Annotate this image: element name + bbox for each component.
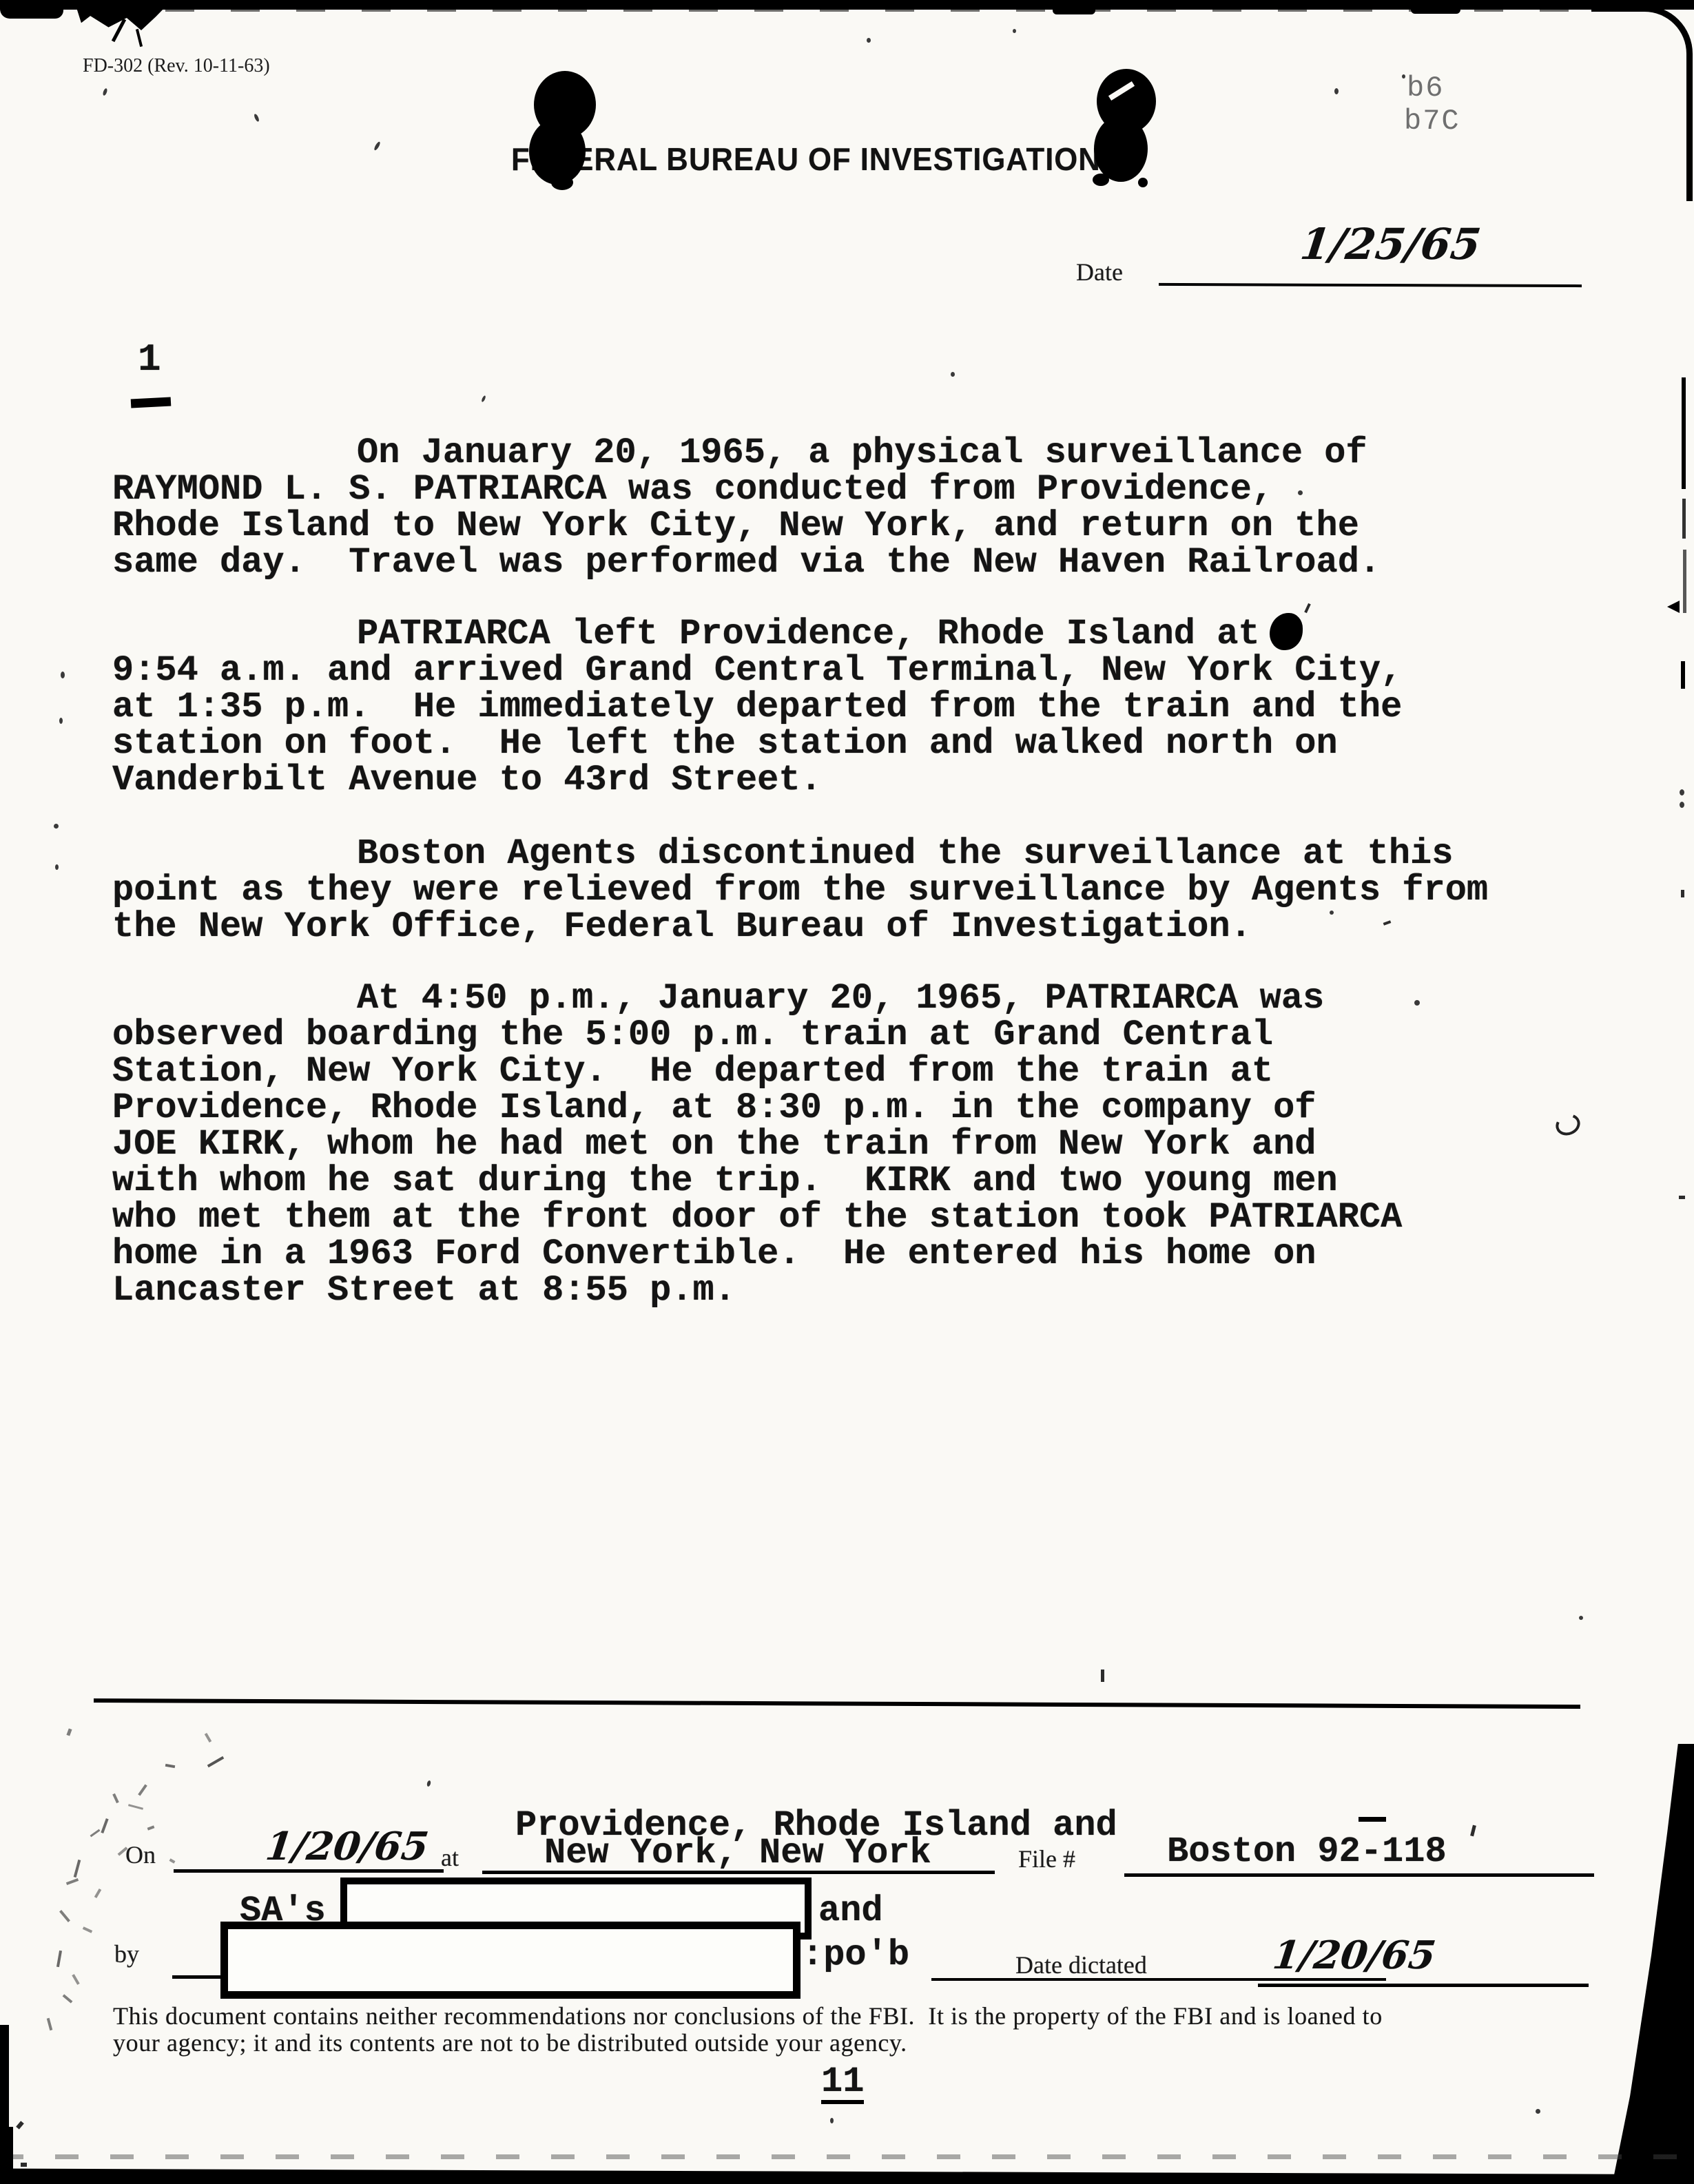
page-title: FEDERAL BUREAU OF INVESTIGATION [511,141,1101,178]
file-number-value: Boston 92-118 [1167,1833,1447,1870]
body-paragraph-1: On January 20, 1965, a physical surveill… [112,435,1381,581]
redaction-box-author [220,1922,800,1999]
form-number: FD-302 (Rev. 10-11-63) [83,55,270,77]
body-paragraph-3: Boston Agents discontinued the surveilla… [112,835,1488,945]
scanned-fbi-document: FD-302 (Rev. 10-11-63) FEDERAL BUREAU OF… [0,0,1694,2184]
at-value: New York, New York [544,1835,931,1871]
corner-curve-artifact [1591,6,1693,201]
by-underline [172,1975,222,1979]
date-line [1159,283,1582,287]
by-label: by [114,1939,139,1968]
file-number-label: File # [1018,1844,1075,1873]
on-date-underline [174,1869,444,1873]
body-paragraph-4: At 4:50 p.m., January 20, 1965, PATRIARC… [112,980,1402,1309]
date-dictated-label: Date dictated [1015,1951,1147,1979]
typist-initials: :po'b [802,1937,909,1973]
disclaimer-text: This document contains neither recommend… [113,2003,1383,2057]
date-value-handwritten: 1/25/65 [1298,219,1484,269]
date-dictated-underline [1258,1984,1589,1987]
page-number: 11 [821,2063,864,2104]
date-label: Date [1076,258,1123,287]
exemption-code-b6: b6 [1407,72,1444,105]
right-bottom-wedge-artifact [1605,1744,1694,2184]
on-label: On [125,1840,156,1869]
exemption-code-b7c: b7C [1404,105,1460,138]
paragraph-marker: 1 [138,342,161,378]
file-number-underline [1124,1873,1594,1877]
on-date-handwritten: 1/20/65 [263,1824,431,1869]
body-paragraph-2: PATRIARCA left Providence, Rhode Island … [112,616,1402,798]
file-dash-mark [1359,1817,1386,1822]
at-label: at [441,1843,459,1872]
and-label: and [818,1893,883,1929]
typist-underline [931,1978,1386,1981]
paragraph-marker-underline [131,397,172,408]
date-dictated-handwritten: 1/20/65 [1270,1933,1438,1978]
footer-rule [94,1698,1580,1709]
